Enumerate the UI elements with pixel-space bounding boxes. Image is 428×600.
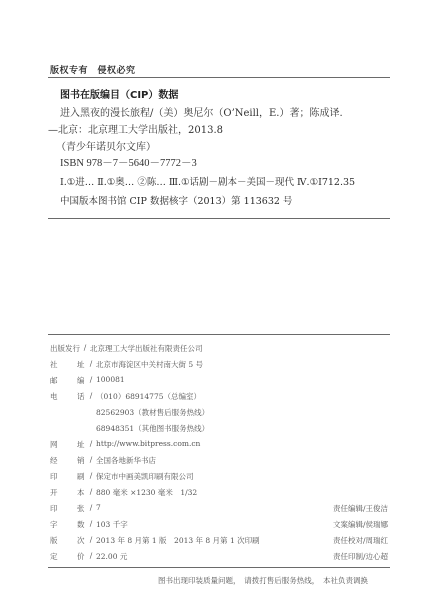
staff-printing: 责任印制/边心超 [333, 551, 388, 562]
info-value: 保定市中画美凯印刷有限公司 [96, 471, 194, 482]
cip-line-series: （青少年诺贝尔文库） [56, 138, 156, 153]
info-value: 全国各地新华书店 [96, 455, 156, 466]
info-label: 次 [77, 535, 86, 546]
info-label: 字 [50, 519, 77, 530]
info-value: （010）68914775（总编室） [96, 391, 201, 402]
info-label: 址 [77, 439, 86, 450]
info-row-publisher: 出版发行 / 北京理工大学出版社有限责任公司 [50, 343, 203, 354]
separator: / [86, 471, 96, 482]
cip-divider [48, 218, 390, 219]
info-row-postcode: 邮 编 / 100081 [50, 375, 125, 386]
info-row-edition: 版 次 / 2013 年 8 月第 1 版 2013 年 8 月第 1 次印刷 [50, 535, 260, 546]
separator: / [86, 487, 96, 498]
info-value: 22.00 元 [96, 551, 127, 562]
cip-verification: 中国版本图书馆 CIP 数据核字（2013）第 113632 号 [60, 193, 292, 207]
info-label: 经 [50, 455, 77, 466]
staff-editor: 责任编辑/王俊洁 [333, 503, 388, 514]
info-label: 址 [77, 359, 86, 370]
info-label: 本 [77, 487, 86, 498]
staff-proofreader: 责任校对/周瑞红 [333, 535, 388, 546]
info-label: 数 [77, 519, 86, 530]
info-row-address: 社 址 / 北京市海淀区中关村南大街 5 号 [50, 359, 203, 370]
info-label: 销 [77, 455, 86, 466]
info-label: 印 [50, 503, 77, 514]
separator: / [86, 503, 96, 514]
info-label: 开 [50, 487, 77, 498]
info-row-website: 网 址 / http://www.bitpress.com.cn [50, 439, 200, 450]
info-row-sheets: 印 张 / 7 [50, 503, 101, 514]
info-row-phone-3: 68948351（其他图书服务热线） [96, 423, 209, 434]
cip-title: 图书在版编目（CIP）数据 [60, 86, 178, 101]
cip-line-isbn: ISBN 978－7－5640－7772－3 [60, 155, 197, 170]
info-label: 出版发行 [50, 343, 80, 354]
top-divider [48, 77, 390, 78]
info-label: 网 [50, 439, 77, 450]
info-value: 82562903（教材售后服务热线） [96, 407, 209, 418]
separator: / [86, 439, 96, 450]
separator: / [86, 391, 96, 402]
separator: / [86, 535, 96, 546]
info-row-format: 开 本 / 880 毫米 ×1230 毫米 1/32 [50, 487, 197, 498]
copyright-notice: 版权专有 侵权必究 [50, 63, 136, 76]
info-value: 7 [96, 503, 101, 514]
info-value: 68948351（其他图书服务热线） [96, 423, 209, 434]
info-row-phone: 电 话 / （010）68914775（总编室） [50, 391, 201, 402]
info-label: 邮 [50, 375, 77, 386]
info-label: 刷 [77, 471, 86, 482]
info-label: 定 [50, 551, 77, 562]
website-link[interactable]: http://www.bitpress.com.cn [96, 439, 200, 450]
info-value: 100081 [96, 375, 125, 386]
separator: / [80, 343, 90, 354]
info-label: 电 [50, 391, 77, 402]
info-label: 印 [50, 471, 77, 482]
separator: / [86, 455, 96, 466]
info-row-price: 定 价 / 22.00 元 [50, 551, 127, 562]
info-value: 880 毫米 ×1230 毫米 1/32 [96, 487, 197, 498]
info-row-distributor: 经 销 / 全国各地新华书店 [50, 455, 156, 466]
bottom-divider [48, 567, 390, 568]
info-row-phone-2: 82562903（教材售后服务热线） [96, 407, 209, 418]
info-label: 社 [50, 359, 77, 370]
cip-classification: Ⅰ.①进… Ⅱ.①奥… ②陈… Ⅲ.①话剧－剧本－美国－现代 Ⅳ.①I712.3… [60, 174, 355, 188]
separator: / [86, 359, 96, 370]
separator: / [86, 519, 96, 530]
info-label: 张 [77, 503, 86, 514]
info-value: 2013 年 8 月第 1 版 2013 年 8 月第 1 次印刷 [96, 535, 260, 546]
separator: / [86, 375, 96, 386]
cip-line-title: 进入黑夜的漫长旅程/（美）奥尼尔（O’Neill，E.）著；陈成译. [60, 104, 343, 119]
separator: / [86, 551, 96, 562]
info-label: 版 [50, 535, 77, 546]
quality-notice: 图书出现印装质量问题， 请拨打售后服务热线， 本社负责调换 [158, 575, 368, 586]
info-divider [48, 334, 390, 335]
info-row-printer: 印 刷 / 保定市中画美凯印刷有限公司 [50, 471, 194, 482]
info-label: 价 [77, 551, 86, 562]
info-value: 103 千字 [96, 519, 128, 530]
info-value: 北京市海淀区中关村南大街 5 号 [96, 359, 203, 370]
info-row-word-count: 字 数 / 103 千字 [50, 519, 128, 530]
staff-copy-editor: 文案编辑/侯瑞娜 [333, 519, 388, 530]
info-label: 话 [77, 391, 86, 402]
cip-line-publisher: —北京：北京理工大学出版社，2013.8 [48, 121, 223, 136]
info-label: 编 [77, 375, 86, 386]
info-value: 北京理工大学出版社有限责任公司 [90, 343, 203, 354]
